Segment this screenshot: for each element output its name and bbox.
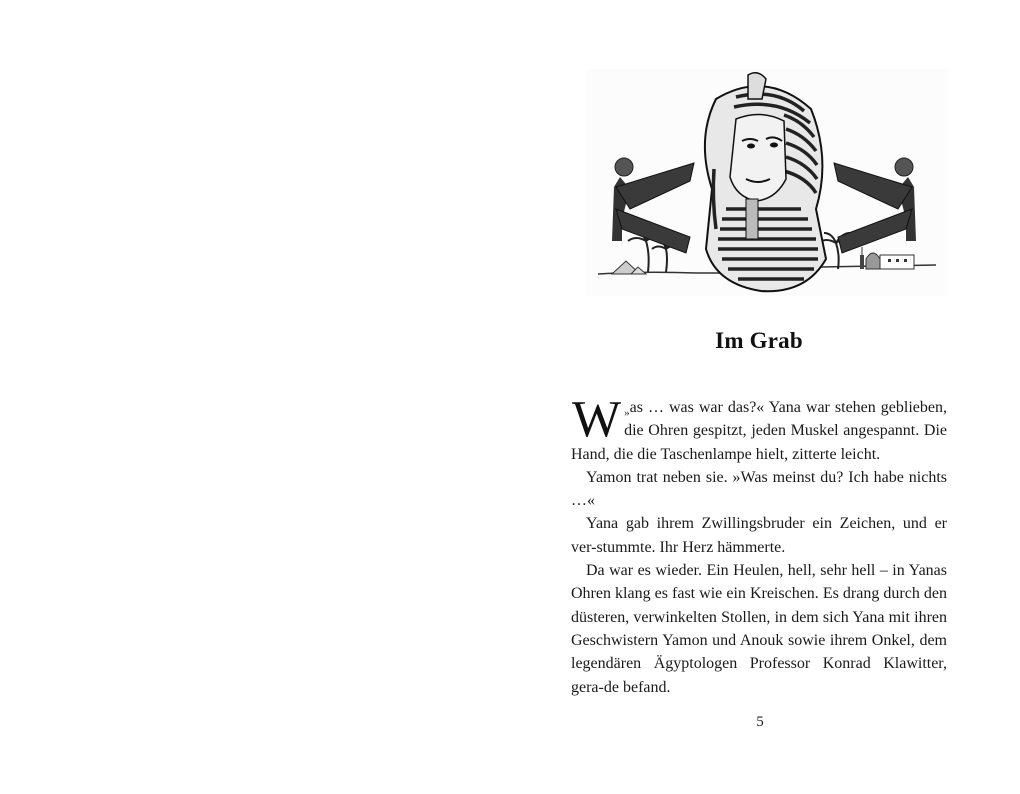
drop-cap-letter: W — [572, 400, 621, 440]
book-spread: Im Grab »Was … was war das?« Yana war st… — [0, 0, 1020, 794]
mosque-icon — [860, 247, 914, 269]
page-number: 5 — [745, 714, 775, 731]
chapter-body-text: »Was … was war das?« Yana war stehen geb… — [571, 396, 947, 699]
paragraph-1: »Was … was war das?« Yana war stehen geb… — [571, 396, 947, 466]
winged-falcon-icon — [834, 158, 916, 253]
pyramid-icon — [612, 261, 646, 274]
paragraph-3: Yana gab ihrem Zwillingsbruder ein Zeich… — [571, 512, 947, 559]
paragraph-4: Da war es wieder. Ein Heulen, hell, sehr… — [571, 559, 947, 699]
left-page-blank — [0, 0, 510, 794]
chapter-illustration — [586, 69, 948, 296]
opening-guillemet: » — [624, 407, 630, 419]
chapter-title: Im Grab — [560, 328, 958, 354]
winged-falcon-icon — [612, 158, 694, 253]
paragraph-2: Yamon trat neben sie. »Was meinst du? Ic… — [571, 466, 947, 513]
pharaoh-mask-icon — [705, 73, 826, 291]
